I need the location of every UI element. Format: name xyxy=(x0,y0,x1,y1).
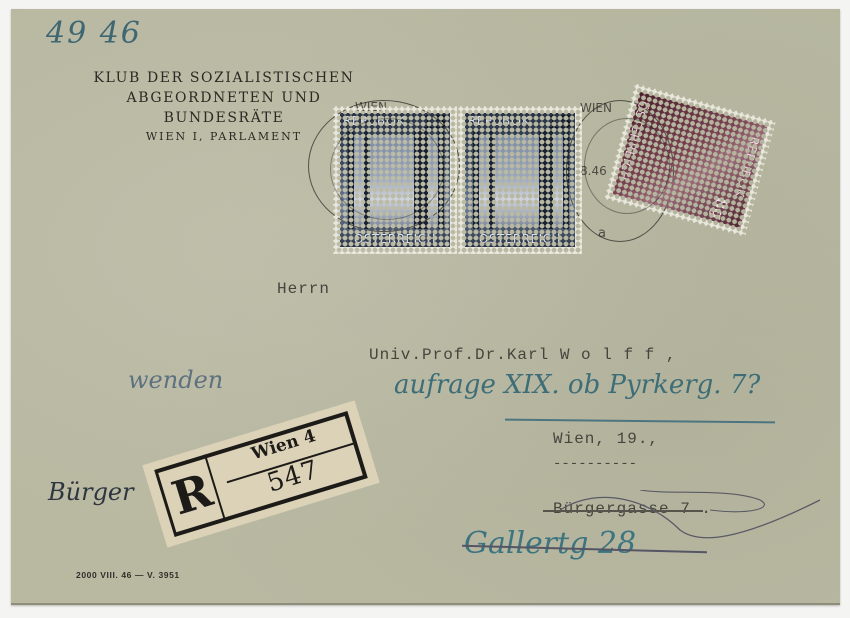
stamp-bottom-label: ÖSTERREICH xyxy=(340,232,450,246)
stamp-tree xyxy=(539,131,553,229)
postmark-right-text: WIEN xyxy=(580,101,612,115)
sender-line-1: KLUB DER SOZIALISTISCHEN xyxy=(72,68,376,88)
handwritten-wenden: wenden xyxy=(128,366,223,394)
sender-line-4: WIEN I, PARLAMENT xyxy=(72,128,376,146)
address-salutation: Herrn xyxy=(277,280,330,298)
address-city: Wien, 19., xyxy=(553,430,659,448)
stamp-bottom-label: ÖSTERREICH xyxy=(465,232,575,246)
stamp-tree xyxy=(563,131,569,229)
handwritten-forward-note: aufrage XIX. ob Pyrkerg. 7? xyxy=(394,370,760,400)
stamp-value: 8g xyxy=(707,195,731,221)
handwritten-buerger: Bürger xyxy=(48,478,134,506)
stamp-15-left: REPUBLIK 15 ÖSTERREICH xyxy=(333,106,457,254)
stamp-tree xyxy=(473,131,479,229)
sender-letterhead: KLUB DER SOZIALISTISCHEN ABGEORDNETEN UN… xyxy=(72,68,376,146)
address-name: Univ.Prof.Dr.Karl W o l f f , xyxy=(369,346,676,364)
stamp-tree xyxy=(364,131,370,229)
stamp-tree xyxy=(489,131,495,229)
handwritten-note-top: 49 46 xyxy=(46,16,142,51)
stamp-value: 15 xyxy=(547,113,572,133)
sender-line-2: ABGEORDNETEN UND xyxy=(72,88,376,108)
stamp-tree xyxy=(414,131,428,229)
sender-line-3: BUNDESRÄTE xyxy=(72,108,376,128)
address-city-rule: ---------- xyxy=(553,456,637,472)
postmark-right-date: 8.46 xyxy=(580,164,607,178)
stamp-value: 15 xyxy=(422,113,447,133)
stamp-top-label: REPUBLIK xyxy=(343,114,405,128)
postmark-right-letter: a xyxy=(598,226,606,241)
stamp-tree xyxy=(438,131,444,229)
stamp-tree xyxy=(348,131,354,229)
stamp-top-label: REPUBLIK xyxy=(468,114,530,128)
handwritten-alt-street: Gallertg 28 xyxy=(464,526,636,561)
printer-imprint: 2000 VIII. 46 — V. 3951 xyxy=(76,570,180,580)
stamp-15-right: REPUBLIK 15 ÖSTERREICH xyxy=(458,106,582,254)
